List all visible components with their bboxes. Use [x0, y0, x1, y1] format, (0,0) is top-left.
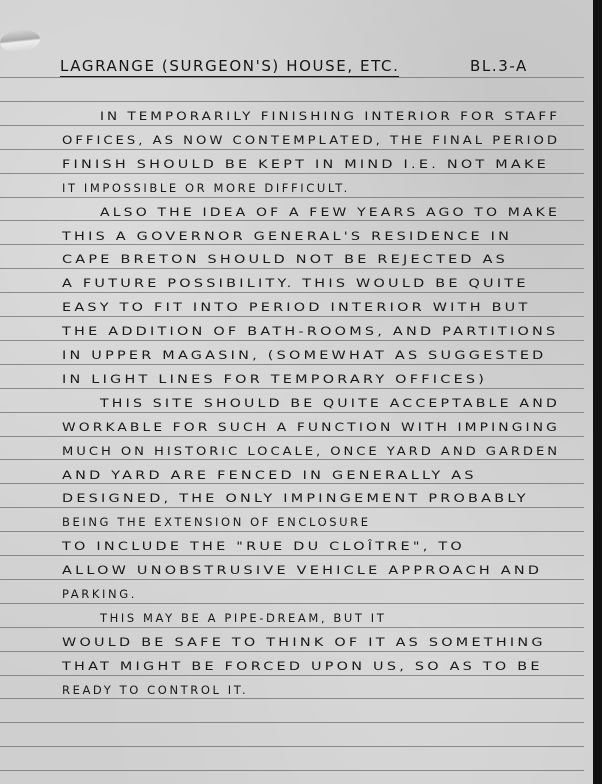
ruled-line	[0, 675, 584, 676]
handwritten-line: would be safe to think of it as somethin…	[62, 634, 546, 650]
handwritten-line: in upper Magasin, (somewhat as suggested	[62, 347, 546, 363]
handwritten-line: finish should be kept in mind i.e. not m…	[62, 156, 549, 172]
handwritten-line: it impossible or more difficult.	[62, 180, 350, 196]
handwritten-line: to include the "Rue du Cloître", to	[62, 538, 465, 554]
handwritten-page: LaGrange (Surgeon's) House, etc. BL.3-A …	[0, 0, 593, 784]
ruled-line	[0, 507, 584, 508]
ruled-line	[0, 220, 584, 221]
ruled-line	[0, 746, 584, 747]
ruled-line	[0, 436, 584, 437]
ruled-line	[0, 579, 584, 580]
handwritten-line: this a Governor General's Residence in	[62, 228, 512, 244]
handwritten-line: This site should be quite acceptable and	[100, 395, 560, 411]
ruled-line	[0, 531, 584, 532]
ruled-line	[0, 101, 584, 102]
handwritten-line: a future possibility. This would be quit…	[62, 275, 529, 291]
handwritten-line: much on historic locale, once yard and g…	[62, 443, 560, 459]
ruled-line	[0, 316, 584, 317]
ruled-line	[0, 698, 584, 699]
ruled-line	[0, 770, 584, 771]
ruled-line	[0, 555, 584, 556]
ruled-line	[0, 483, 584, 484]
handwritten-line: the addition of bath-rooms, and partitio…	[62, 323, 558, 339]
ruled-line	[0, 292, 584, 293]
handwritten-line: offices, as now contemplated, the final …	[62, 132, 560, 148]
ruled-line	[0, 364, 584, 365]
handwritten-line: This may be a pipe-dream, but it	[100, 610, 386, 626]
handwritten-line: ready to control it.	[62, 682, 248, 698]
ruled-line	[0, 340, 584, 341]
handwritten-line: Also the idea of a few years ago to make	[100, 204, 560, 220]
document-heading: LaGrange (Surgeon's) House, etc. BL.3-A	[60, 56, 580, 78]
document-title: LaGrange (Surgeon's) House, etc.	[60, 56, 399, 77]
handwritten-line: In temporarily finishing interior for st…	[100, 108, 560, 124]
ruled-line	[0, 125, 584, 126]
ruled-line	[0, 197, 584, 198]
handwritten-line: workable for such a function with imping…	[62, 419, 560, 435]
handwritten-line: that might be forced upon us, so as to b…	[62, 658, 543, 674]
handwritten-line: in light lines for temporary offices)	[62, 371, 487, 387]
paper-crease	[0, 28, 41, 54]
ruled-line	[0, 173, 584, 174]
handwritten-line: being the extension of enclosure	[62, 514, 371, 530]
handwritten-line: designed, the only impingement probably	[62, 490, 529, 506]
handwritten-line: parking.	[62, 586, 137, 602]
ruled-line	[0, 627, 584, 628]
ruled-line	[0, 388, 584, 389]
ruled-line	[0, 412, 584, 413]
handwritten-line: easy to fit into period interior with bu…	[62, 299, 530, 315]
ruled-line	[0, 268, 584, 269]
ruled-line	[0, 722, 584, 723]
ruled-line	[0, 149, 584, 150]
handwritten-line: Cape Breton should not be rejected as	[62, 251, 508, 267]
ruled-line	[0, 459, 584, 460]
ruled-line	[0, 603, 584, 604]
ruled-line	[0, 651, 584, 652]
handwritten-line: and yard are fenced in generally as	[62, 467, 477, 483]
ruled-line	[0, 244, 584, 245]
handwritten-line: allow unobstrusive vehicle approach and	[62, 562, 542, 578]
document-reference: BL.3-A	[470, 56, 528, 76]
